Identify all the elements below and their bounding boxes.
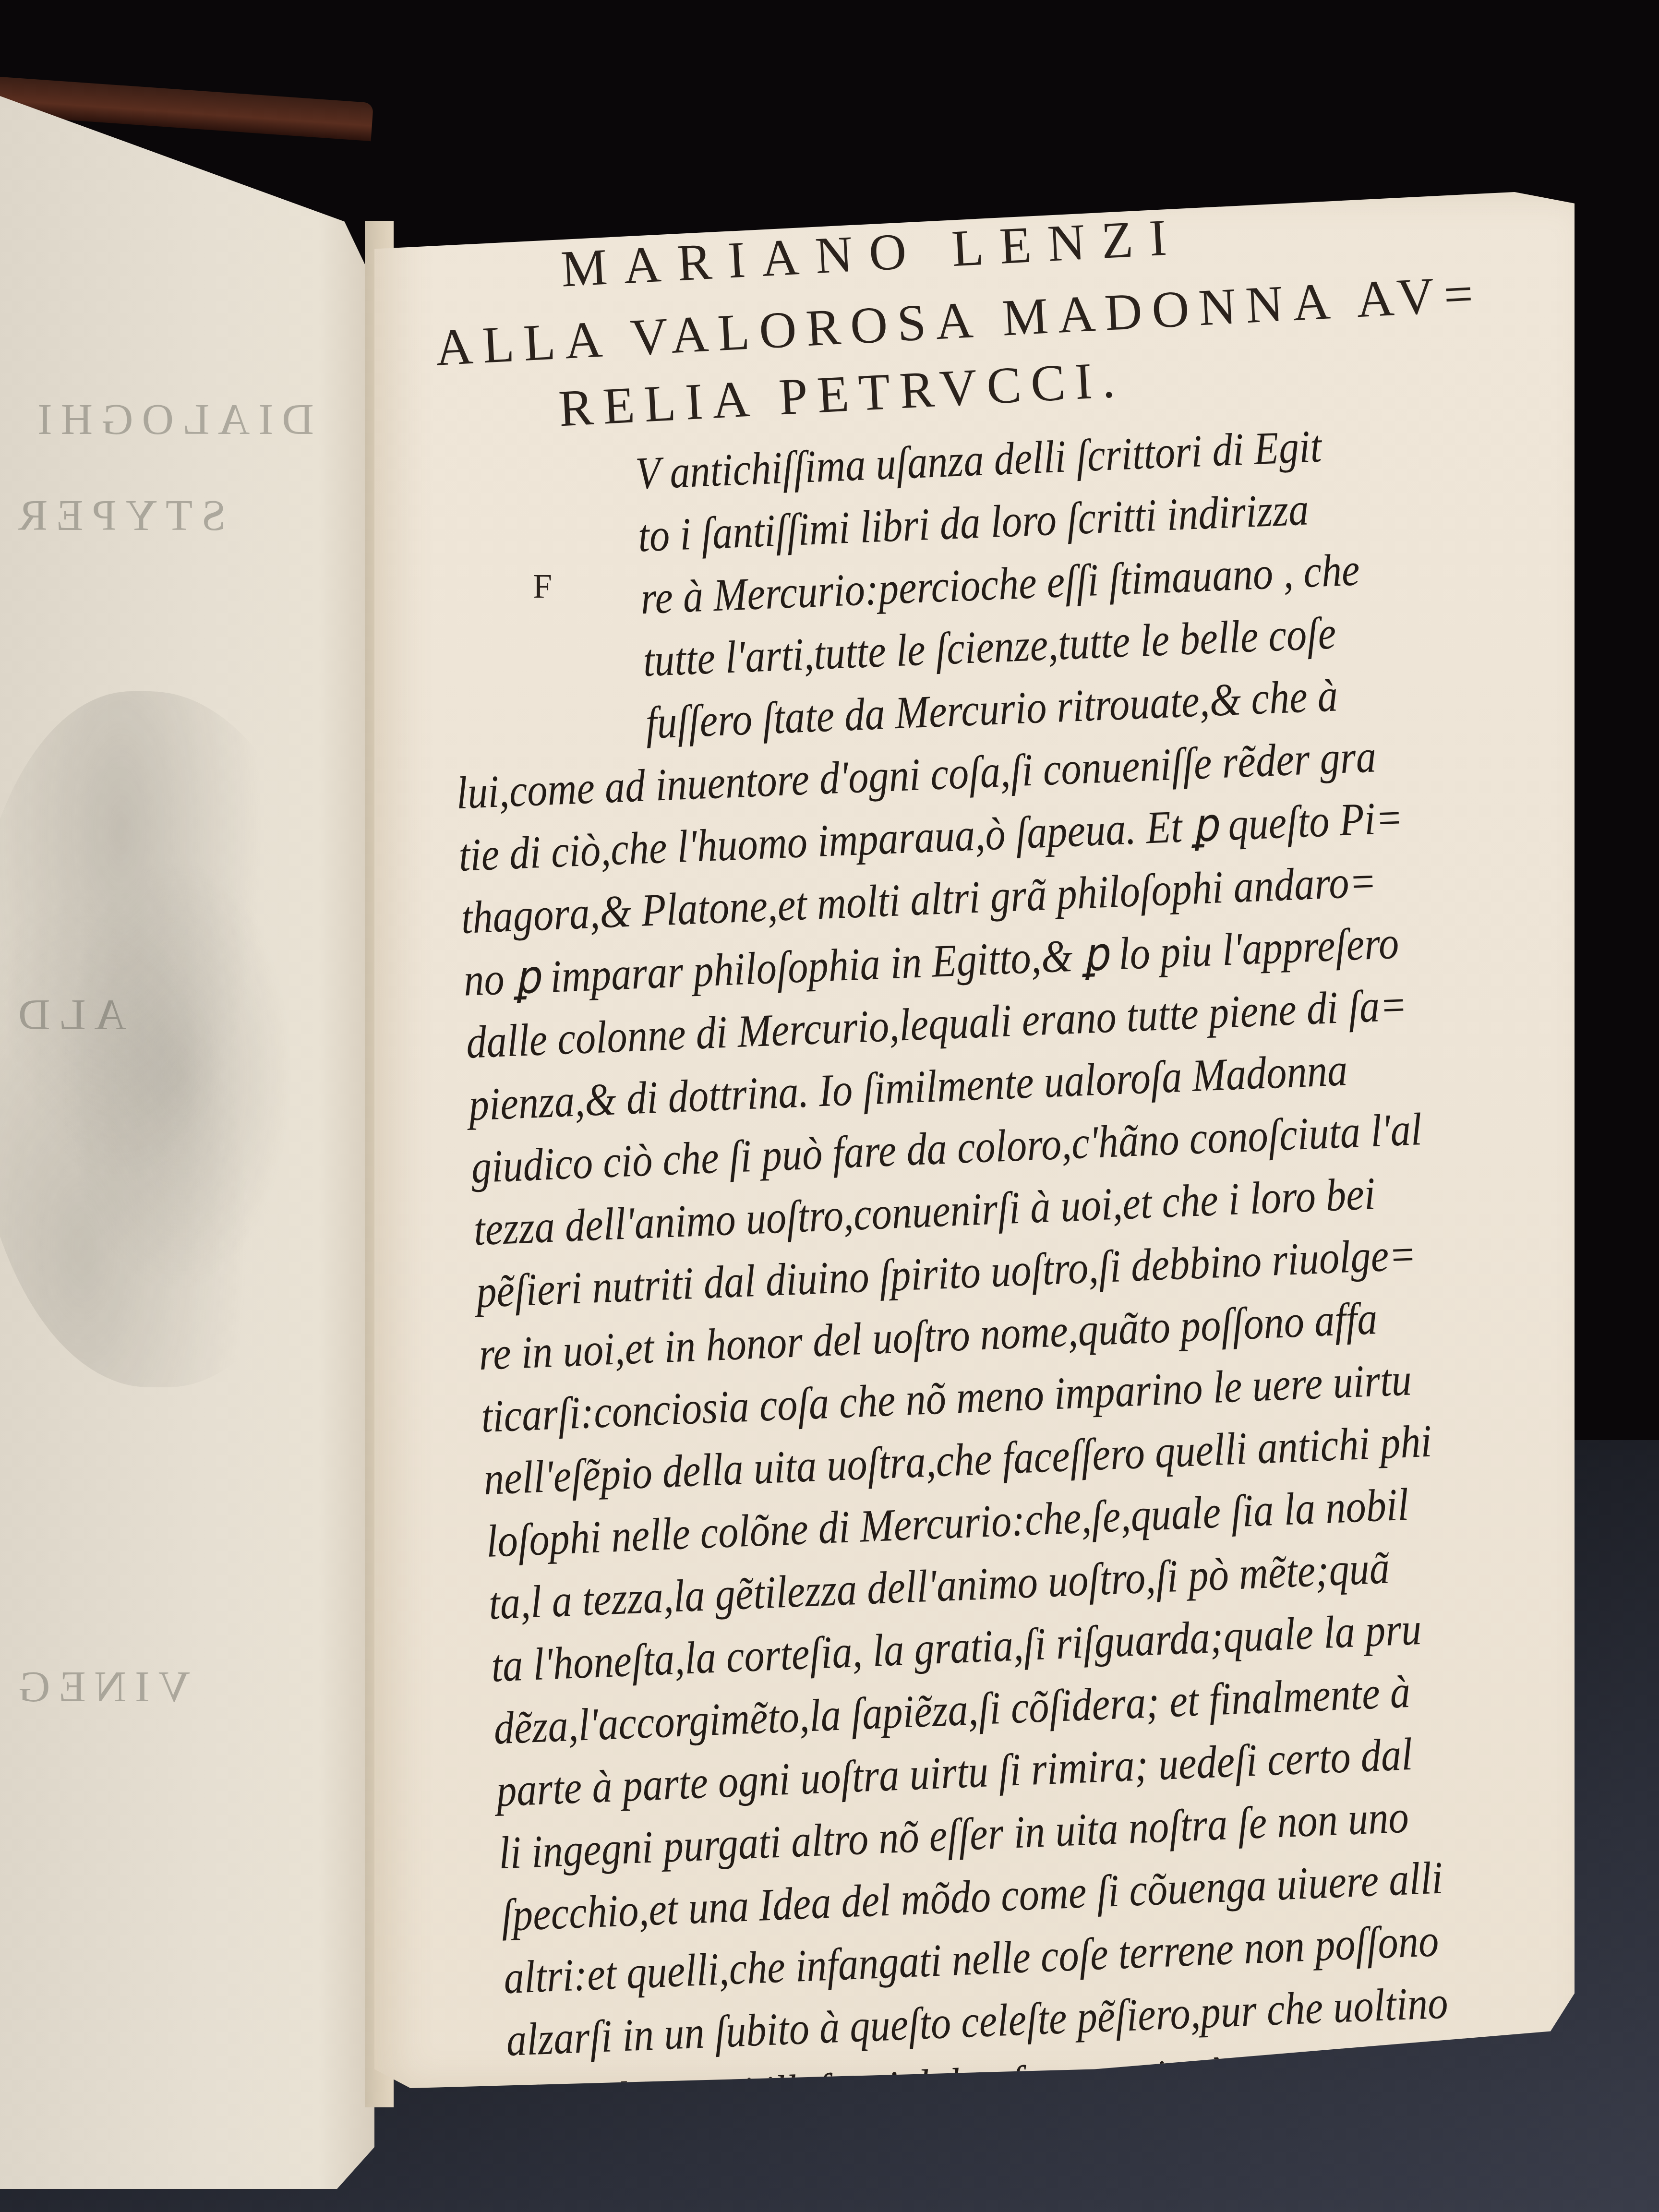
text-line: V antichiſſima uſanza delli ſcrittori di… — [635, 423, 1322, 496]
drop-initial-guide-letter: F — [533, 566, 552, 606]
show-through-text: VINEG — [10, 1661, 190, 1712]
text-line: fuſſero ſtate da Mercurio ritrouate,& ch… — [645, 672, 1339, 746]
right-page: MARIANO LENZI ALLA VALOROSA MADONNA AV= … — [374, 192, 1575, 2088]
body-text: V antichiſſima uſanza delli ſcrittori di… — [374, 144, 1574, 192]
show-through-text: ALD — [10, 989, 126, 1040]
show-through-text: STYPER — [10, 490, 226, 541]
show-through-text: DIALOGHI — [29, 394, 314, 445]
dedication-header: MARIANO LENZI ALLA VALOROSA MADONNA AV= … — [374, 129, 1573, 192]
text-line: tutte l'arti,tutte le ſcienze,tutte le b… — [642, 610, 1337, 684]
text-line: to i ſantiſſimi libri da loro ſcritti in… — [637, 486, 1310, 559]
left-page: DIALOGHI STYPER ALD VINEG — [0, 96, 374, 2189]
